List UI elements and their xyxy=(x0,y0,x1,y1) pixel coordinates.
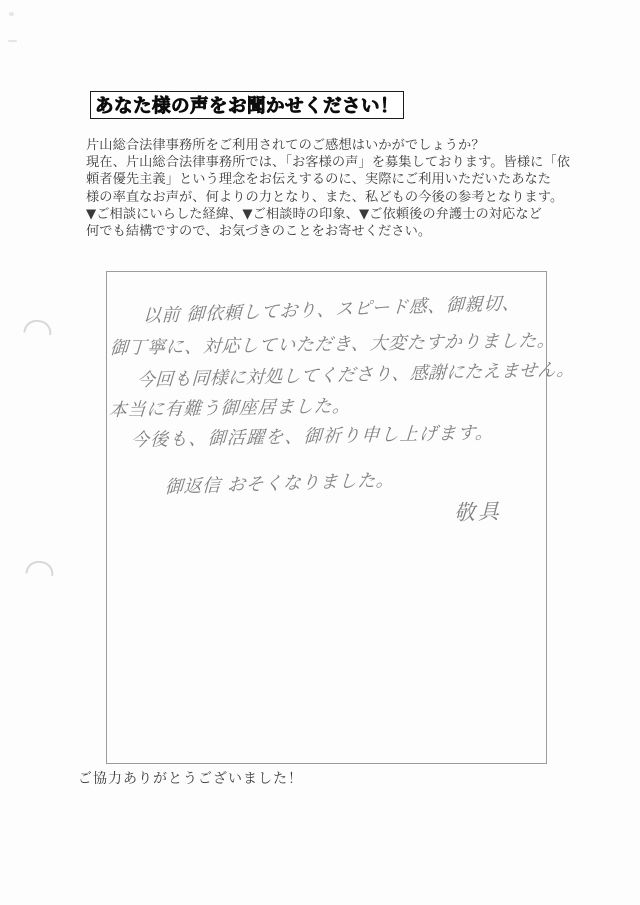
feedback-title-box: あなた様の声をお聞かせください！ xyxy=(90,91,404,119)
intro-paragraph: 片山総合法律事務所をご利用されてのご感想はいかがでしょうか？ 現在、片山総合法律… xyxy=(86,137,561,240)
intro-line-4: 様の率直なお声が、何よりの力となり、また、私どもの今後の参考となります。 xyxy=(86,189,561,206)
footer-thanks-text: ご協力ありがとうございました！ xyxy=(78,768,303,788)
scan-artifact-dot xyxy=(9,12,14,16)
scan-artifact-dash xyxy=(8,40,17,42)
intro-line-1: 片山総合法律事務所をご利用されてのご感想はいかがでしょうか？ xyxy=(86,137,561,154)
handwritten-line-5: 今後も、御活躍を、御祈り申し上げます。 xyxy=(130,418,495,452)
intro-line-2: 現在、片山総合法律事務所では、「お客様の声」を募集しております。皆様に「依 xyxy=(86,154,561,171)
scanned-feedback-form: あなた様の声をお聞かせください！ 片山総合法律事務所をご利用されてのご感想はいか… xyxy=(0,0,640,905)
handwritten-line-6: 御返信 おそくなりました。 xyxy=(164,466,394,499)
handwritten-line-4: 本当に有難う御座居ました。 xyxy=(108,392,351,422)
handwritten-line-1: 以前 御依頼しており、スピード感、御親切、 xyxy=(143,289,521,328)
page-title: あなた様の声をお聞かせください！ xyxy=(95,92,399,118)
handwritten-signoff: 敬具 xyxy=(454,495,502,527)
intro-line-6: 何でも結構ですので、お気づきのことをお寄せください。 xyxy=(86,223,561,240)
handwritten-line-3: 今回も同様に対処してくださり、感謝にたえません。 xyxy=(136,355,575,392)
punch-hole-bottom xyxy=(25,560,54,577)
intro-line-5: ▼ご相談にいらした経緯、▼ご相談時の印象、▼ご依頼後の弁護士の対応など xyxy=(86,206,561,223)
intro-line-3: 頼者優先主義」という理念をお伝えするのに、実際にご利用いただいたあなた xyxy=(86,171,561,188)
punch-hole-top xyxy=(23,319,52,336)
handwritten-line-2: 御丁寧に、対応していただき、大変たすかりました。 xyxy=(109,326,556,360)
handwritten-comment-box: 以前 御依頼しており、スピード感、御親切、 御丁寧に、対応していただき、大変たす… xyxy=(106,271,547,764)
